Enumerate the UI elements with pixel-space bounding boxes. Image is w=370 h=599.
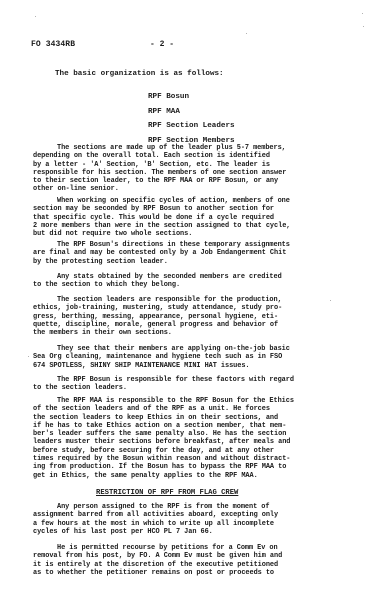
page-number: - 2 - bbox=[150, 40, 174, 49]
scan-speck bbox=[246, 33, 247, 34]
section-paragraph: He is permitted recourse by petitions fo… bbox=[33, 544, 328, 577]
paragraph: They see that their members are applying… bbox=[33, 345, 328, 370]
paragraph: The RPF Bosun is responsible for these f… bbox=[33, 376, 328, 393]
org-item: RPF Bosun bbox=[148, 90, 235, 105]
paragraph: When working on specific cycles of actio… bbox=[33, 197, 328, 238]
section-paragraph: Any person assigned to the RPF is from t… bbox=[33, 503, 328, 536]
paragraph: The sections are made up of the leader p… bbox=[33, 144, 328, 194]
paragraph: The RPF MAA is responsible to the RPF Bo… bbox=[33, 397, 328, 480]
org-item: RPF MAA bbox=[148, 105, 235, 120]
document-page: FO 3434RB - 2 - The basic organization i… bbox=[0, 0, 370, 599]
org-item: RPF Section Leaders bbox=[148, 119, 235, 134]
scan-speck bbox=[330, 300, 331, 301]
paragraph: The RPF Bosun's directions in these temp… bbox=[33, 241, 328, 266]
paragraph: Any stats obtained by the seconded membe… bbox=[33, 273, 328, 290]
intro-line: The basic organization is as follows: bbox=[55, 70, 224, 78]
organization-list: RPF Bosun RPF MAA RPF Section Leaders RP… bbox=[148, 90, 235, 148]
document-id: FO 3434RB bbox=[31, 40, 75, 49]
scan-speck bbox=[363, 26, 364, 27]
scan-speck bbox=[28, 356, 29, 357]
paragraph: The section leaders are responsible for … bbox=[33, 296, 328, 337]
scan-speck bbox=[362, 13, 363, 14]
scan-speck bbox=[35, 16, 36, 17]
section-title: RESTRICTION OF RPF FROM FLAG CREW bbox=[96, 489, 238, 497]
